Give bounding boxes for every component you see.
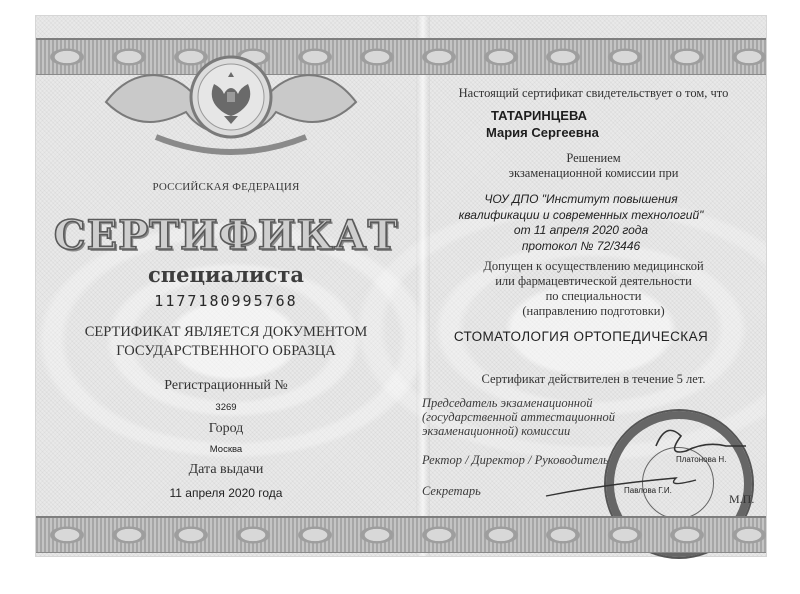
city-label: Город — [36, 421, 416, 437]
certificate-title: СЕРТИФИКАТ — [36, 212, 416, 259]
country-label: РОССИЙСКАЯ ФЕДЕРАЦИЯ — [36, 181, 416, 193]
validity-text: Сертификат действителен в течение 5 лет. — [421, 372, 766, 387]
admission-line4: (направлению подготовки) — [421, 304, 766, 319]
chair-signature — [656, 430, 746, 452]
issue-date-value: 11 апреля 2020 года — [36, 486, 416, 500]
secretary-label: Секретарь — [422, 484, 481, 498]
certificate-document: РОССИЙСКАЯ ФЕДЕРАЦИЯ СЕРТИФИКАТ специали… — [36, 16, 766, 556]
state-document-note-line1: СЕРТИФИКАТ ЯВЛЯЕТСЯ ДОКУМЕНТОМ — [36, 323, 416, 342]
certificate-number: 1177180995768 — [36, 292, 416, 310]
holder-given-names: Мария Сергеевна — [486, 125, 599, 140]
admission-line3: по специальности — [421, 289, 766, 304]
certificate-subtitle: специалиста — [36, 262, 416, 287]
intro-text: Настоящий сертификат свидетельствует о т… — [421, 86, 766, 101]
issue-date-label: Дата выдачи — [36, 462, 416, 478]
registration-label: Регистрационный № — [36, 378, 416, 394]
emblem-ornament — [96, 42, 366, 162]
secretary-signature — [546, 478, 696, 496]
protocol-number: протокол № 72/3446 — [416, 239, 746, 255]
city-value: Москва — [36, 444, 416, 455]
admission-block: Допущен к осуществлению медицинской или … — [421, 259, 766, 319]
institution-line2: квалификации и современных технологий" — [416, 208, 746, 224]
state-document-note: СЕРТИФИКАТ ЯВЛЯЕТСЯ ДОКУМЕНТОМ ГОСУДАРСТ… — [36, 323, 416, 361]
admission-line2: или фармацевтической деятельности — [421, 274, 766, 289]
decision-line2: экзаменационной комиссии при — [421, 166, 766, 181]
signatures — [506, 416, 766, 506]
state-document-note-line2: ГОСУДАРСТВЕННОГО ОБРАЗЦА — [36, 342, 416, 361]
holder-surname: ТАТАРИНЦЕВА — [491, 108, 587, 123]
bottom-ornament-band — [36, 516, 766, 553]
specialty: СТОМАТОЛОГИЯ ОРТОПЕДИЧЕСКАЯ — [416, 329, 746, 344]
chair-label-line1: Председатель экзаменационной — [422, 396, 615, 410]
decision-block: Решением экзаменационной комиссии при — [421, 151, 766, 181]
admission-line1: Допущен к осуществлению медицинской — [421, 259, 766, 274]
registration-number: 3269 — [36, 402, 416, 413]
institution-block: ЧОУ ДПО "Институт повышения квалификации… — [416, 192, 746, 254]
institution-line1: ЧОУ ДПО "Институт повышения — [416, 192, 746, 208]
decision-line1: Решением — [421, 151, 766, 166]
decision-date: от 11 апреля 2020 года — [416, 223, 746, 239]
